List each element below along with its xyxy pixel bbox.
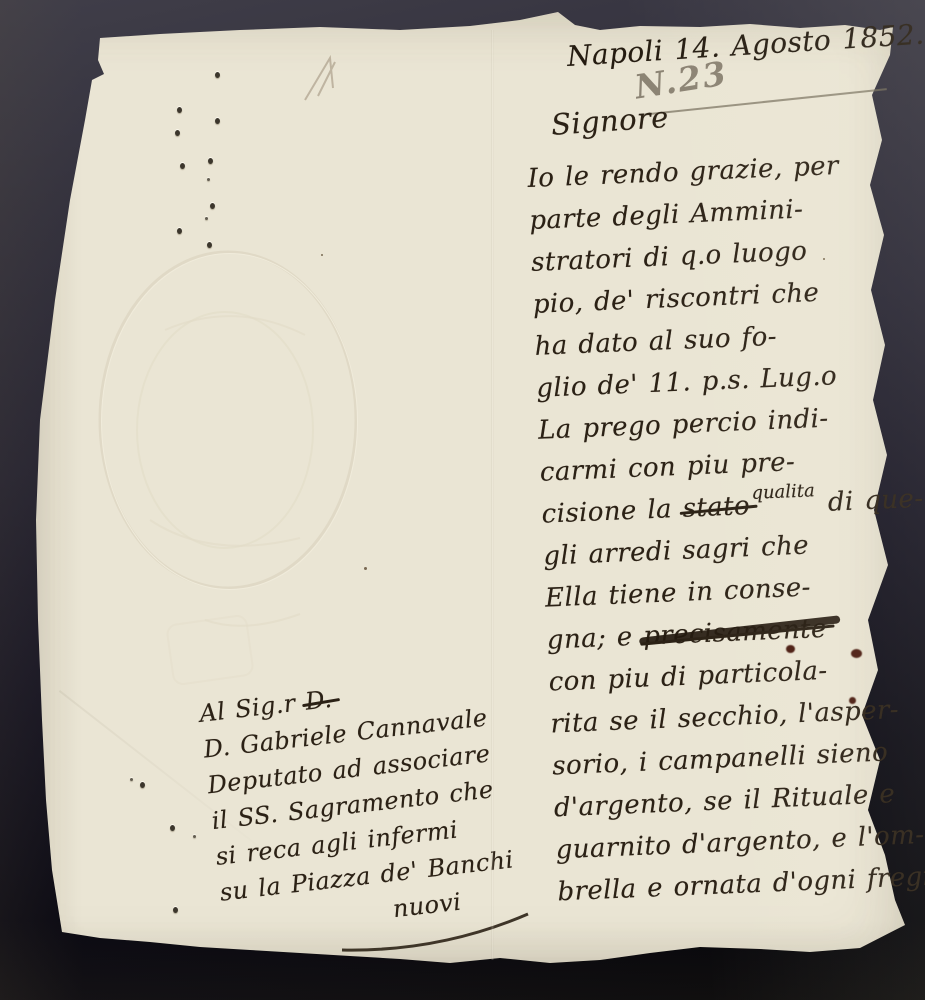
pinhole <box>130 778 133 781</box>
pinhole <box>177 107 182 113</box>
pinhole <box>180 163 185 169</box>
letter-body-column: Io le rendo grazie, perparte degli Ammin… <box>527 147 925 919</box>
paper-speck <box>823 258 825 260</box>
line-text: gna; e <box>546 622 644 656</box>
paper-speck <box>364 567 367 570</box>
ink-blot <box>851 649 862 658</box>
pinhole <box>175 130 180 136</box>
pinhole <box>193 835 196 838</box>
pinhole <box>210 203 215 209</box>
line-text: cisione la <box>541 494 683 530</box>
pinhole <box>205 217 208 220</box>
pinhole <box>215 118 220 124</box>
pinhole <box>208 158 213 164</box>
pinhole <box>177 228 182 234</box>
pinhole <box>140 782 145 788</box>
struck-word: stato <box>682 491 751 524</box>
ink-blot <box>849 697 856 704</box>
inserted-word: qualita <box>751 480 815 504</box>
line-text: di que- <box>817 484 924 518</box>
pinhole <box>207 178 210 181</box>
struck-word: D. <box>304 685 334 716</box>
address-block: Al Sig.r D.D. Gabriele CannavaleDeputato… <box>198 659 584 950</box>
photograph-background: Napoli 14. Agosto 1852. N.23 Signore Io … <box>0 0 925 1000</box>
struck-word: precisamente <box>643 614 828 652</box>
pinhole <box>215 72 220 78</box>
pinhole <box>173 907 178 913</box>
ink-blot <box>786 645 795 653</box>
pinhole <box>170 825 175 831</box>
paper-speck <box>321 254 323 256</box>
vertical-fold-crease <box>491 30 494 960</box>
pinhole <box>207 242 212 248</box>
